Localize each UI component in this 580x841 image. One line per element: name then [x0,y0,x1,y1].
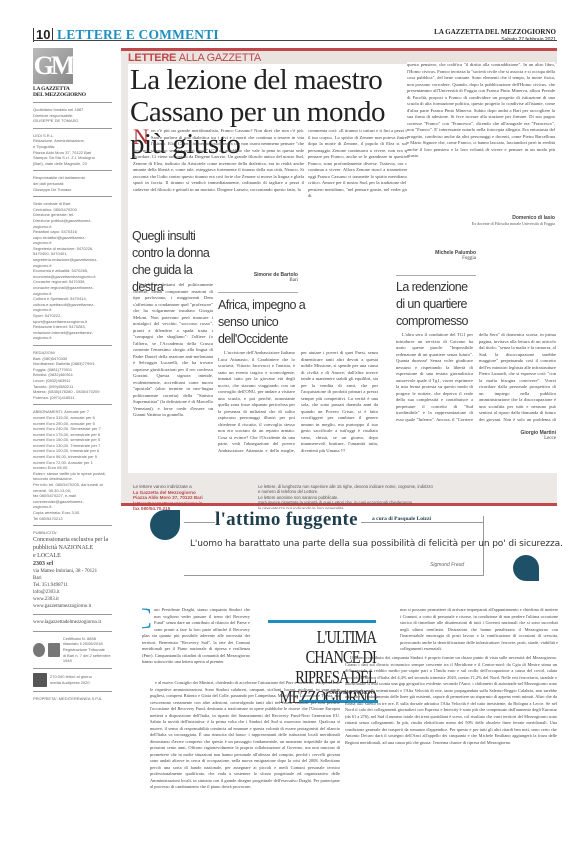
opinion-intro: Caro Presidente Draghi, siamo cinquanta … [142,607,250,679]
certifications: Certificato N. 8858rilasciato il 20/06/2… [33,636,112,664]
publisher-details: Redazione, Amministrazione,e Tipografia:… [33,138,112,166]
text-line: Concessionaria esclusiva per la [33,536,112,544]
text-line: Tel 080/5470213 [33,516,112,522]
text-line: www.2303.it [33,596,112,603]
drop-cap: N [133,128,149,146]
quote-credit: a cura di Pasquale Loizzi [372,516,434,522]
lead-letter-signature: Domenico di Iasio Ex docente di Filosofi… [455,215,555,226]
opinion-body-right: Il primo contributo dei cinquanta Sindac… [345,655,557,763]
text-line: (Bari), viale delle Magnolie, 23 [33,161,112,167]
ads-seal-icon [33,643,45,657]
text-line: Potenza: (0971)418511 [33,395,112,401]
contacts: Sede centrale di Bari:Centralino: 080/54… [33,201,112,341]
text-line: di Bari n. 7 del 2 settembre 1948 [63,653,112,664]
letter-africa-text: L'uccisione dell'Ambasciatore Italiano L… [218,350,378,472]
text-line: Registrazione Tribunale [63,647,112,653]
letter-title: La redenzione di un quartiere compromess… [396,279,478,330]
logo-name: LA GAZZETTA DEL MEZZOGIORNO [33,86,112,98]
text-line: pubblicità NAZIONALE [33,544,112,552]
director-name: GIUSEPPE DE TOMASO [33,118,112,124]
text-line: www.gazzettamezzogiorno.it [33,603,112,610]
letter-insults-end [218,228,298,275]
imprint-column: GM LA GAZZETTA DEL MEZZOGIORNO Quotidian… [33,48,112,701]
drop-cap: C [142,607,152,631]
letter-redemption: La redenzione di un quartiere compromess… [396,279,478,330]
newspaper-logo: GM [33,48,73,84]
open-quote-icon [150,510,180,540]
cert-lines: Certificato N. 8858rilasciato il 20/06/2… [63,636,112,664]
letters-kicker: LETTERE ALLA GAZZETTA [128,52,261,64]
text-line: numeri Euro 240,00. Semestrale per 7 [33,426,112,432]
quote-author: Sigmund Freud [430,562,464,568]
website-link[interactable]: www.lagazzettadelmezzogiorno.it [33,619,112,627]
advertising-lines: Concessionaria esclusiva per lapubblicit… [33,536,112,560]
text-line: Tel. 351.9498711 [33,582,112,589]
letter-insults-text: Fedeli ai dettami del politicamente corr… [133,282,213,472]
fieg-seal-icon [48,643,60,657]
text-line: info@2303.it [33,589,112,596]
text-line: Giuseppe De Tomaso [33,187,112,193]
letter-insults-signature: Simone de Bartolo Bari [218,272,298,283]
subscriptions: ABBONAMENTI: Annuale per 7numeri Euro 31… [33,409,112,521]
masthead-name: LA GAZZETTA DEL MEZZOGIORNO [434,28,556,37]
letter-redemption-text: L'altra sera il conduttore del TG1 per i… [396,332,556,424]
letters-address: Le lettere vanno indirizzate a La Gazzet… [133,484,203,512]
agency-lines: via Matteo Imbriani, 38 - 70121BariTel. … [33,568,112,610]
agency-name: 2303 srl [33,560,112,568]
circulation-lines: 270.000 lettori al giornomedia Audipress… [50,674,92,685]
circulation: 270.000 lettori al giornomedia Audipress… [33,673,112,687]
text-line: zogiorno.it [33,335,112,341]
text-line: Per info: tel. 080/5470205, dal lunedì a… [33,482,112,488]
privacy-officer: Responsabile del trattamentodei dati per… [33,175,112,192]
text-line: e LOCALE [33,552,112,560]
quote-text: L'uomo ha barattato una parte della sua … [190,539,563,549]
text-line: via Matteo Imbriani, 38 - 70121 [33,568,112,575]
lead-letter-col1: Non c'è più un grande meridionalista, Fr… [133,128,304,220]
headline-rule [268,620,376,623]
text-line: media Audipress 2020 [50,680,92,686]
letter-redemption-signature: Giorgio Martini Lecce [476,430,556,441]
audipress-icon [33,673,47,687]
redazioni-list: Bari: (080)5470430Nordbarese: Barletta (… [33,356,112,401]
text-line: 270.000 lettori al giorno [50,674,92,680]
quote-title: l'attimo fuggente [215,509,361,531]
close-quote-icon [513,555,539,581]
lead-letter-col3: questo pensiero, che codifica "il diritt… [407,62,555,214]
opinion-body-left: e al nuovo Consiglio dei Ministri, chied… [150,680,340,830]
letter-title: Africa, impegno a senso unico dell'Occid… [218,297,308,348]
letters-rules: Le lettere, di lunghezza non superiore a… [258,484,548,511]
text-line: Bari [33,575,112,582]
letter-africa: Africa, impegno a senso unico dell'Occid… [218,297,308,348]
header-rule [33,40,557,41]
letter-africa-signature: Michele Palumbo Foggia [396,250,476,261]
text-line: Piazza Aldo Moro 37, 70122 Bari [133,495,203,501]
ownership: PROPRIETA': MEDITERRANEA S.P.A. [33,696,112,702]
